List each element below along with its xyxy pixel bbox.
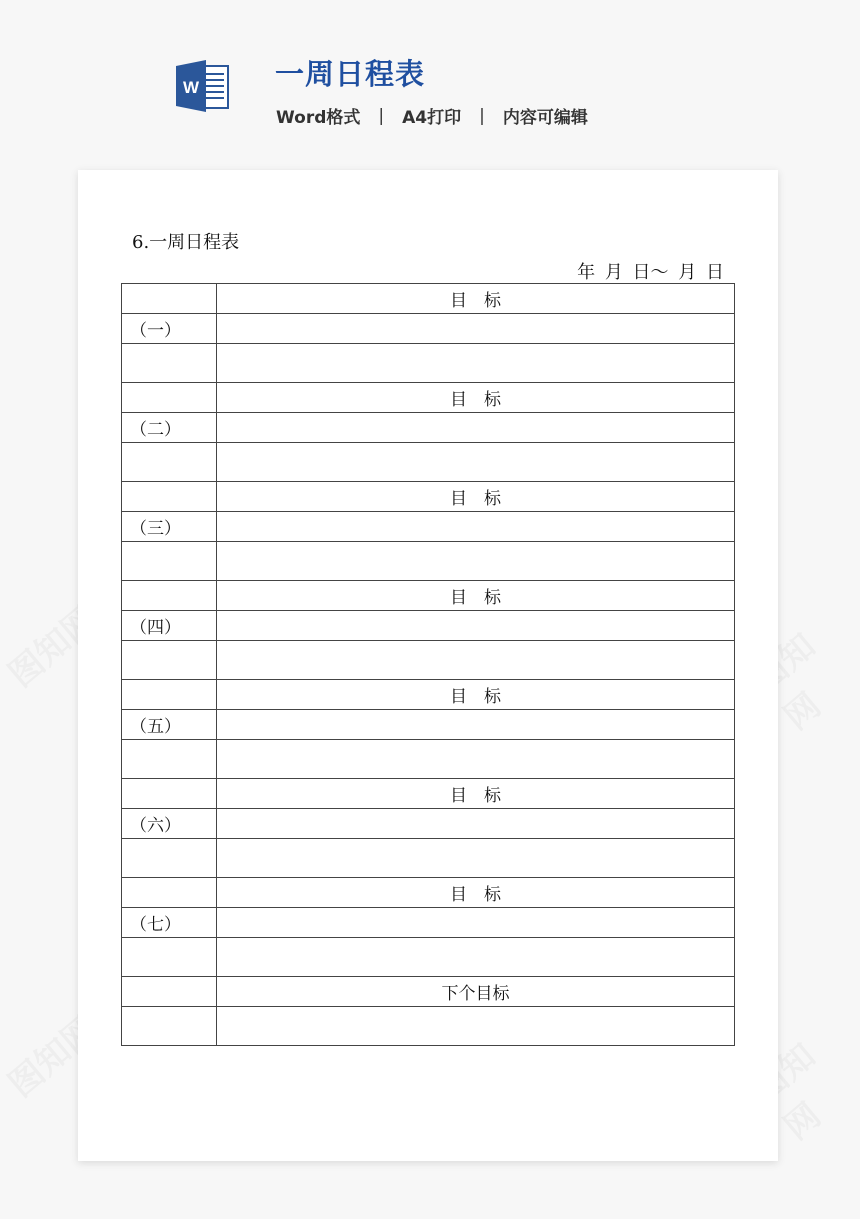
notes-row xyxy=(122,839,735,878)
day-label: （二） xyxy=(122,413,217,443)
day-row: （五） xyxy=(122,710,735,740)
empty-cell[interactable] xyxy=(122,581,217,611)
day-target-cell[interactable] xyxy=(217,809,735,839)
separator: | xyxy=(378,106,384,126)
notes-label-cell[interactable] xyxy=(122,344,217,383)
target-header-row: 目 标 xyxy=(122,779,735,809)
day-row: （六） xyxy=(122,809,735,839)
notes-cell[interactable] xyxy=(217,938,735,977)
target-header-row: 目 标 xyxy=(122,878,735,908)
notes-cell[interactable] xyxy=(217,641,735,680)
target-label: 目 标 xyxy=(217,581,735,611)
notes-label-cell[interactable] xyxy=(122,542,217,581)
notes-cell[interactable] xyxy=(217,542,735,581)
target-label: 目 标 xyxy=(217,284,735,314)
feature-editable: 内容可编辑 xyxy=(503,103,588,128)
day-target-cell[interactable] xyxy=(217,512,735,542)
day-target-cell[interactable] xyxy=(217,908,735,938)
notes-row xyxy=(122,641,735,680)
day-row: （三） xyxy=(122,512,735,542)
empty-cell[interactable] xyxy=(122,878,217,908)
notes-label-cell[interactable] xyxy=(122,641,217,680)
notes-label-cell[interactable] xyxy=(122,443,217,482)
target-label: 目 标 xyxy=(217,878,735,908)
target-header-row: 目 标 xyxy=(122,482,735,512)
target-header-row: 目 标 xyxy=(122,383,735,413)
day-label: （四） xyxy=(122,611,217,641)
day-label: （六） xyxy=(122,809,217,839)
next-target-header-row: 下个目标 xyxy=(122,977,735,1007)
page-title: 一周日程表 xyxy=(275,52,425,93)
empty-cell[interactable] xyxy=(122,284,217,314)
day-target-cell[interactable] xyxy=(217,611,735,641)
separator: | xyxy=(479,106,485,126)
target-label: 目 标 xyxy=(217,680,735,710)
feature-print: A4打印 xyxy=(402,103,461,128)
empty-cell[interactable] xyxy=(122,680,217,710)
empty-cell[interactable] xyxy=(122,482,217,512)
day-row: （二） xyxy=(122,413,735,443)
target-label: 目 标 xyxy=(217,482,735,512)
notes-row xyxy=(122,344,735,383)
day-target-cell[interactable] xyxy=(217,314,735,344)
notes-cell[interactable] xyxy=(217,740,735,779)
target-header-row: 目 标 xyxy=(122,284,735,314)
weekly-schedule-table: 目 标（一）目 标（二）目 标（三）目 标（四）目 标（五）目 标（六）目 标（… xyxy=(121,283,735,1046)
day-label: （七） xyxy=(122,908,217,938)
notes-label-cell[interactable] xyxy=(122,938,217,977)
notes-row xyxy=(122,542,735,581)
target-header-row: 目 标 xyxy=(122,581,735,611)
target-header-row: 目 标 xyxy=(122,680,735,710)
target-label: 目 标 xyxy=(217,383,735,413)
next-target-label: 下个目标 xyxy=(217,977,735,1007)
date-range: 年 月 日～ 月 日 xyxy=(577,258,724,284)
day-target-cell[interactable] xyxy=(217,710,735,740)
notes-cell[interactable] xyxy=(217,344,735,383)
notes-label-cell[interactable] xyxy=(122,740,217,779)
day-target-cell[interactable] xyxy=(217,413,735,443)
empty-cell[interactable] xyxy=(122,977,217,1007)
empty-cell[interactable] xyxy=(122,1007,217,1046)
notes-row xyxy=(122,443,735,482)
day-row: （四） xyxy=(122,611,735,641)
notes-row xyxy=(122,740,735,779)
day-label: （三） xyxy=(122,512,217,542)
day-row: （七） xyxy=(122,908,735,938)
empty-cell[interactable] xyxy=(122,779,217,809)
document-page: 6.一周日程表 年 月 日～ 月 日 目 标（一）目 标（二）目 标（三）目 标… xyxy=(78,170,778,1161)
feature-list: Word格式 | A4打印 | 内容可编辑 xyxy=(276,103,588,128)
svg-text:W: W xyxy=(183,78,200,97)
target-label: 目 标 xyxy=(217,779,735,809)
day-label: （五） xyxy=(122,710,217,740)
notes-label-cell[interactable] xyxy=(122,839,217,878)
notes-cell[interactable] xyxy=(217,839,735,878)
notes-row xyxy=(122,938,735,977)
next-target-cell[interactable] xyxy=(217,1007,735,1046)
day-label: （一） xyxy=(122,314,217,344)
document-title: 6.一周日程表 xyxy=(132,228,239,254)
feature-format: Word格式 xyxy=(276,103,360,128)
empty-cell[interactable] xyxy=(122,383,217,413)
notes-cell[interactable] xyxy=(217,443,735,482)
day-row: （一） xyxy=(122,314,735,344)
word-icon: W xyxy=(174,60,230,112)
next-target-row xyxy=(122,1007,735,1046)
